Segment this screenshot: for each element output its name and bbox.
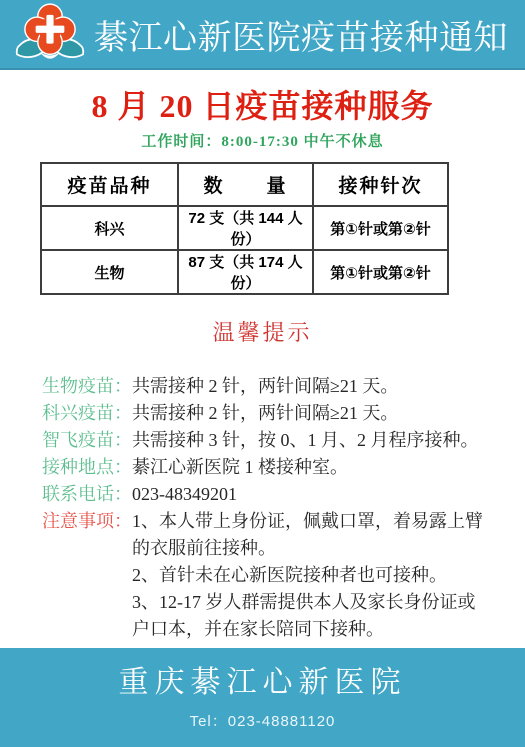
note-item-sinovac: 科兴疫苗： 共需接种 2 针，两针间隔≥21 天。 bbox=[42, 400, 487, 427]
cell-vaccine-type: 生物 bbox=[41, 250, 178, 294]
cell-quantity: 87 支（共 174 人份） bbox=[178, 250, 313, 294]
column-quantity: 数 量 bbox=[178, 163, 313, 206]
column-dose-number: 接种针次 bbox=[313, 163, 448, 206]
header-title: 綦江心新医院疫苗接种通知 bbox=[94, 10, 508, 59]
header-band: 綦江心新医院疫苗接种通知 bbox=[0, 0, 525, 70]
note-paragraph: 2、首针未在心新医院接种者也可接种。 bbox=[132, 562, 487, 589]
note-item-phone: 联系电话： 023-48349201 bbox=[42, 481, 487, 508]
note-label: 智飞疫苗： bbox=[42, 427, 132, 454]
hospital-logo-icon bbox=[12, 2, 88, 68]
note-text: 共需接种 3 针，按 0、1 月、2 月程序接种。 bbox=[132, 427, 487, 454]
note-item-precautions: 注意事项： 1、本人带上身份证，佩戴口罩，着易露上臂的衣服前往接种。 2、首针未… bbox=[42, 508, 487, 643]
footer-band: 重庆綦江心新医院 Tel：023-48881120 bbox=[0, 648, 525, 747]
note-text: 023-48349201 bbox=[132, 481, 487, 508]
cell-quantity: 72 支（共 144 人份） bbox=[178, 206, 313, 250]
note-text: 共需接种 2 针，两针间隔≥21 天。 bbox=[132, 373, 487, 400]
note-paragraphs: 1、本人带上身份证，佩戴口罩，着易露上臂的衣服前往接种。 2、首针未在心新医院接… bbox=[132, 508, 487, 643]
table-row: 科兴 72 支（共 144 人份） 第①针或第②针 bbox=[41, 206, 448, 250]
cell-dose-number: 第①针或第②针 bbox=[313, 250, 448, 294]
note-text: 綦江心新医院 1 楼接种室。 bbox=[132, 454, 487, 481]
notice-title: 温馨提示 bbox=[0, 319, 525, 347]
cell-vaccine-type: 科兴 bbox=[41, 206, 178, 250]
main-title: 8 月 20 日疫苗接种服务 bbox=[0, 86, 525, 126]
work-time: 工作时间：8:00-17:30 中午不休息 bbox=[0, 132, 525, 152]
column-vaccine-type: 疫苗品种 bbox=[41, 163, 178, 206]
hospital-name: 重庆綦江心新医院 bbox=[0, 648, 525, 702]
notes-list: 生物疫苗： 共需接种 2 针，两针间隔≥21 天。 科兴疫苗： 共需接种 2 针… bbox=[42, 373, 487, 643]
note-label: 接种地点： bbox=[42, 454, 132, 481]
note-label: 科兴疫苗： bbox=[42, 400, 132, 427]
note-item-biological: 生物疫苗： 共需接种 2 针，两针间隔≥21 天。 bbox=[42, 373, 487, 400]
note-label: 注意事项： bbox=[42, 508, 132, 535]
table-header-row: 疫苗品种 数 量 接种针次 bbox=[41, 163, 448, 206]
table-row: 生物 87 支（共 174 人份） 第①针或第②针 bbox=[41, 250, 448, 294]
cell-dose-number: 第①针或第②针 bbox=[313, 206, 448, 250]
hospital-tel: Tel：023-48881120 bbox=[0, 710, 525, 731]
note-text: 共需接种 2 针，两针间隔≥21 天。 bbox=[132, 400, 487, 427]
note-label: 生物疫苗： bbox=[42, 373, 132, 400]
note-paragraph: 3、12-17 岁人群需提供本人及家长身份证或户口本，并在家长陪同下接种。 bbox=[132, 589, 487, 643]
notice-poster: 綦江心新医院疫苗接种通知 8 月 20 日疫苗接种服务 工作时间：8:00-17… bbox=[0, 0, 525, 747]
note-item-location: 接种地点： 綦江心新医院 1 楼接种室。 bbox=[42, 454, 487, 481]
note-label: 联系电话： bbox=[42, 481, 132, 508]
vaccine-table: 疫苗品种 数 量 接种针次 科兴 72 支（共 144 人份） 第①针或第②针 … bbox=[40, 162, 449, 295]
note-item-zhifei: 智飞疫苗： 共需接种 3 针，按 0、1 月、2 月程序接种。 bbox=[42, 427, 487, 454]
note-paragraph: 1、本人带上身份证，佩戴口罩，着易露上臂的衣服前往接种。 bbox=[132, 508, 487, 562]
